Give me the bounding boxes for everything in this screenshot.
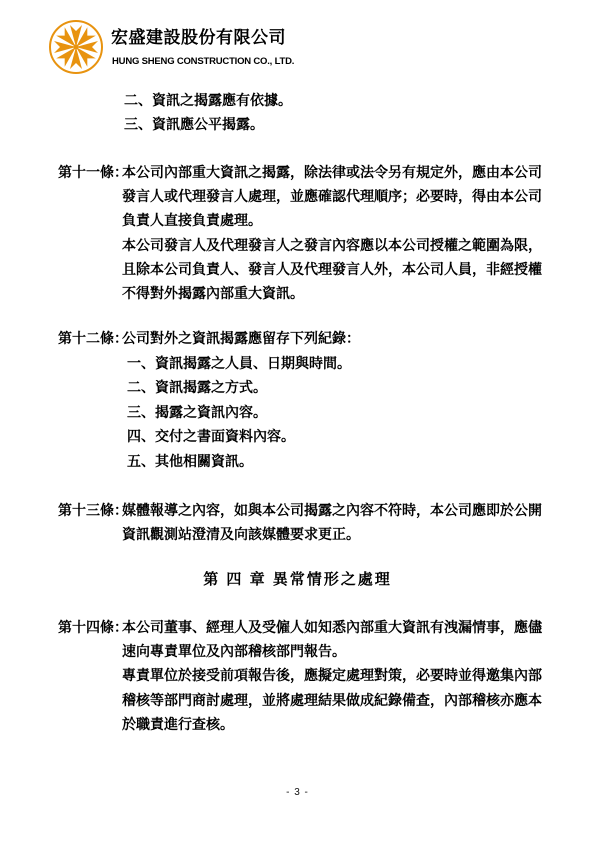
article-12: 第十二條： 公司對外之資訊揭露應留存下列紀錄： 一、資訊揭露之人員、日期與時間。… [0,326,595,474]
article-text-line: 本公司內部重大資訊之揭露，除法律或法令另有規定外，應由本公司 [122,160,595,184]
article-text-line: 公司對外之資訊揭露應留存下列紀錄： [122,326,595,351]
article-11: 第十一條： 本公司內部重大資訊之揭露，除法律或法令另有規定外，應由本公司 發言人… [0,160,595,305]
article-text-line: 於職責進行查核。 [122,712,595,736]
article-text-line: 發言人或代理發言人處理，並應確認代理順序；必要時，得由本公司 [122,184,595,208]
article-text-line: 本公司發言人及代理發言人之發言內容應以本公司授權之範圍為限， [122,233,595,257]
list-item: 三、揭露之資訊內容。 [127,400,595,425]
article-text-line: 負責人直接負責處理。 [122,208,595,232]
page-number: - 3 - [0,787,595,798]
article-text-line: 資訊觀測站澄清及向該媒體要求更正。 [122,522,595,546]
article-text-line: 不得對外揭露內部重大資訊。 [122,281,595,305]
list-item: 二、資訊之揭露應有依據。 [124,88,292,112]
article-body: 本公司內部重大資訊之揭露，除法律或法令另有規定外，應由本公司 發言人或代理發言人… [122,160,595,305]
article-text-line: 稽核等部門商討處理，並將處理結果做成紀錄備查，內部稽核亦應本 [122,688,595,712]
article-text-line: 本公司董事、經理人及受僱人如知悉內部重大資訊有洩漏情事，應儘 [122,615,595,639]
article-number: 第十二條： [58,326,128,351]
continuation-items: 二、資訊之揭露應有依據。 三、資訊應公平揭露。 [124,88,292,136]
article-text-line: 專責單位於接受前項報告後，應擬定處理對策，必要時並得邀集內部 [122,663,595,687]
article-text-line: 且除本公司負責人、發言人及代理發言人外，本公司人員，非經授權 [122,257,595,281]
article-body: 媒體報導之內容，如與本公司揭露之內容不符時，本公司應即於公開 資訊觀測站澄清及向… [122,498,595,546]
article-14: 第十四條： 本公司董事、經理人及受僱人如知悉內部重大資訊有洩漏情事，應儘 速向專… [0,615,595,736]
article-number: 第十四條： [58,615,128,639]
list-item: 四、交付之書面資料內容。 [127,424,595,449]
chapter-heading: 第 四 章 異常情形之處理 [0,568,595,592]
list-item: 五、其他相關資訊。 [127,449,595,474]
article-13: 第十三條： 媒體報導之內容，如與本公司揭露之內容不符時，本公司應即於公開 資訊觀… [0,498,595,546]
company-logo-icon [47,18,105,76]
article-number: 第十一條： [58,160,128,184]
article-body: 公司對外之資訊揭露應留存下列紀錄： 一、資訊揭露之人員、日期與時間。 二、資訊揭… [122,326,595,474]
article-number: 第十三條： [58,498,128,522]
article-body: 本公司董事、經理人及受僱人如知悉內部重大資訊有洩漏情事，應儘 速向專責單位及內部… [122,615,595,736]
company-name-zh: 宏盛建設股份有限公司 [111,27,286,49]
article-text-line: 速向專責單位及內部稽核部門報告。 [122,639,595,663]
document-page: 宏盛建設股份有限公司 HUNG SHENG CONSTRUCTION CO., … [0,0,595,842]
list-item: 一、資訊揭露之人員、日期與時間。 [127,351,595,376]
list-item: 三、資訊應公平揭露。 [124,112,292,136]
list-item: 二、資訊揭露之方式。 [127,375,595,400]
article-text-line: 媒體報導之內容，如與本公司揭露之內容不符時，本公司應即於公開 [122,498,595,522]
company-name-en: HUNG SHENG CONSTRUCTION CO., LTD. [112,56,294,67]
